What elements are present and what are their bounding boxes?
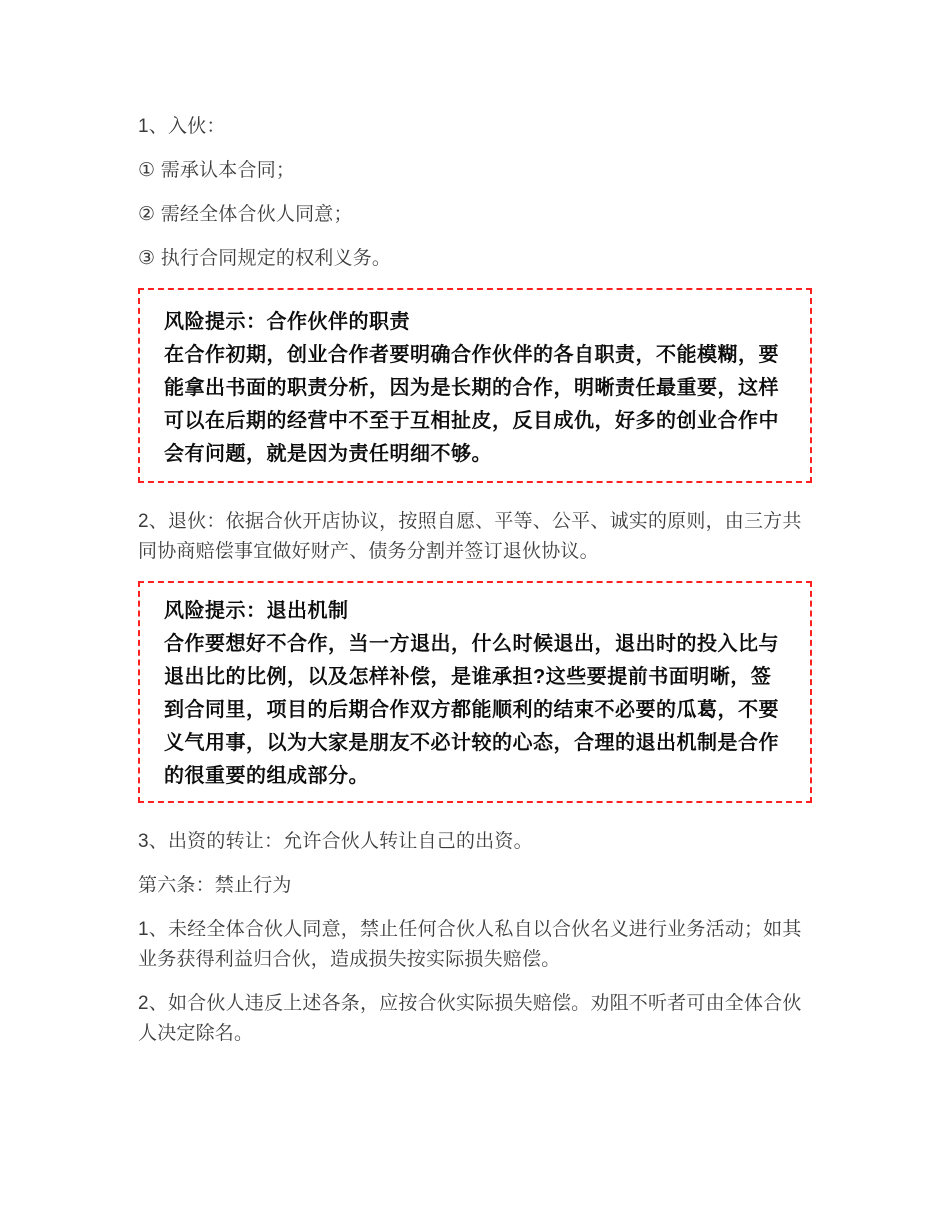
paragraph-prohibited-2: 2、如合伙人违反上述各条，应按合伙实际损失赔偿。劝阻不听者可由全体合伙人决定除名…	[138, 989, 812, 1049]
paragraph-capital-transfer: 3、出资的转让：允许合伙人转让自己的出资。	[138, 827, 812, 857]
join-item-2: ② 需经全体合伙人同意；	[138, 200, 812, 230]
risk-box-exit-title: 风险提示：退出机制	[164, 595, 786, 628]
risk-box-partner-title: 风险提示：合作伙伴的职责	[164, 306, 786, 339]
document-content: 1、入伙： ① 需承认本合同； ② 需经全体合伙人同意； ③ 执行合同规定的权利…	[138, 112, 812, 1063]
paragraph-withdrawal: 2、退伙：依据合伙开店协议，按照自愿、平等、公平、诚实的原则，由三方共同协商赔偿…	[138, 507, 812, 567]
heading-article-six: 第六条：禁止行为	[138, 871, 812, 901]
paragraph-prohibited-1: 1、未经全体合伙人同意，禁止任何合伙人私自以合伙名义进行业务活动；如其业务获得利…	[138, 915, 812, 975]
risk-box-partner-body: 在合作初期，创业合作者要明确合作伙伴的各自职责，不能模糊，要能拿出书面的职责分析…	[164, 339, 786, 471]
risk-box-partner-duties: 风险提示：合作伙伴的职责 在合作初期，创业合作者要明确合作伙伴的各自职责，不能模…	[138, 288, 812, 483]
risk-box-exit-body: 合作要想好不合作，当一方退出，什么时候退出，退出时的投入比与退出比的比例，以及怎…	[164, 628, 786, 793]
risk-box-exit-mechanism: 风险提示：退出机制 合作要想好不合作，当一方退出，什么时候退出，退出时的投入比与…	[138, 581, 812, 803]
join-item-1: ① 需承认本合同；	[138, 156, 812, 186]
document-page: 1、入伙： ① 需承认本合同； ② 需经全体合伙人同意； ③ 执行合同规定的权利…	[0, 0, 950, 1230]
heading-join: 1、入伙：	[138, 112, 812, 142]
join-item-3: ③ 执行合同规定的权利义务。	[138, 244, 812, 274]
